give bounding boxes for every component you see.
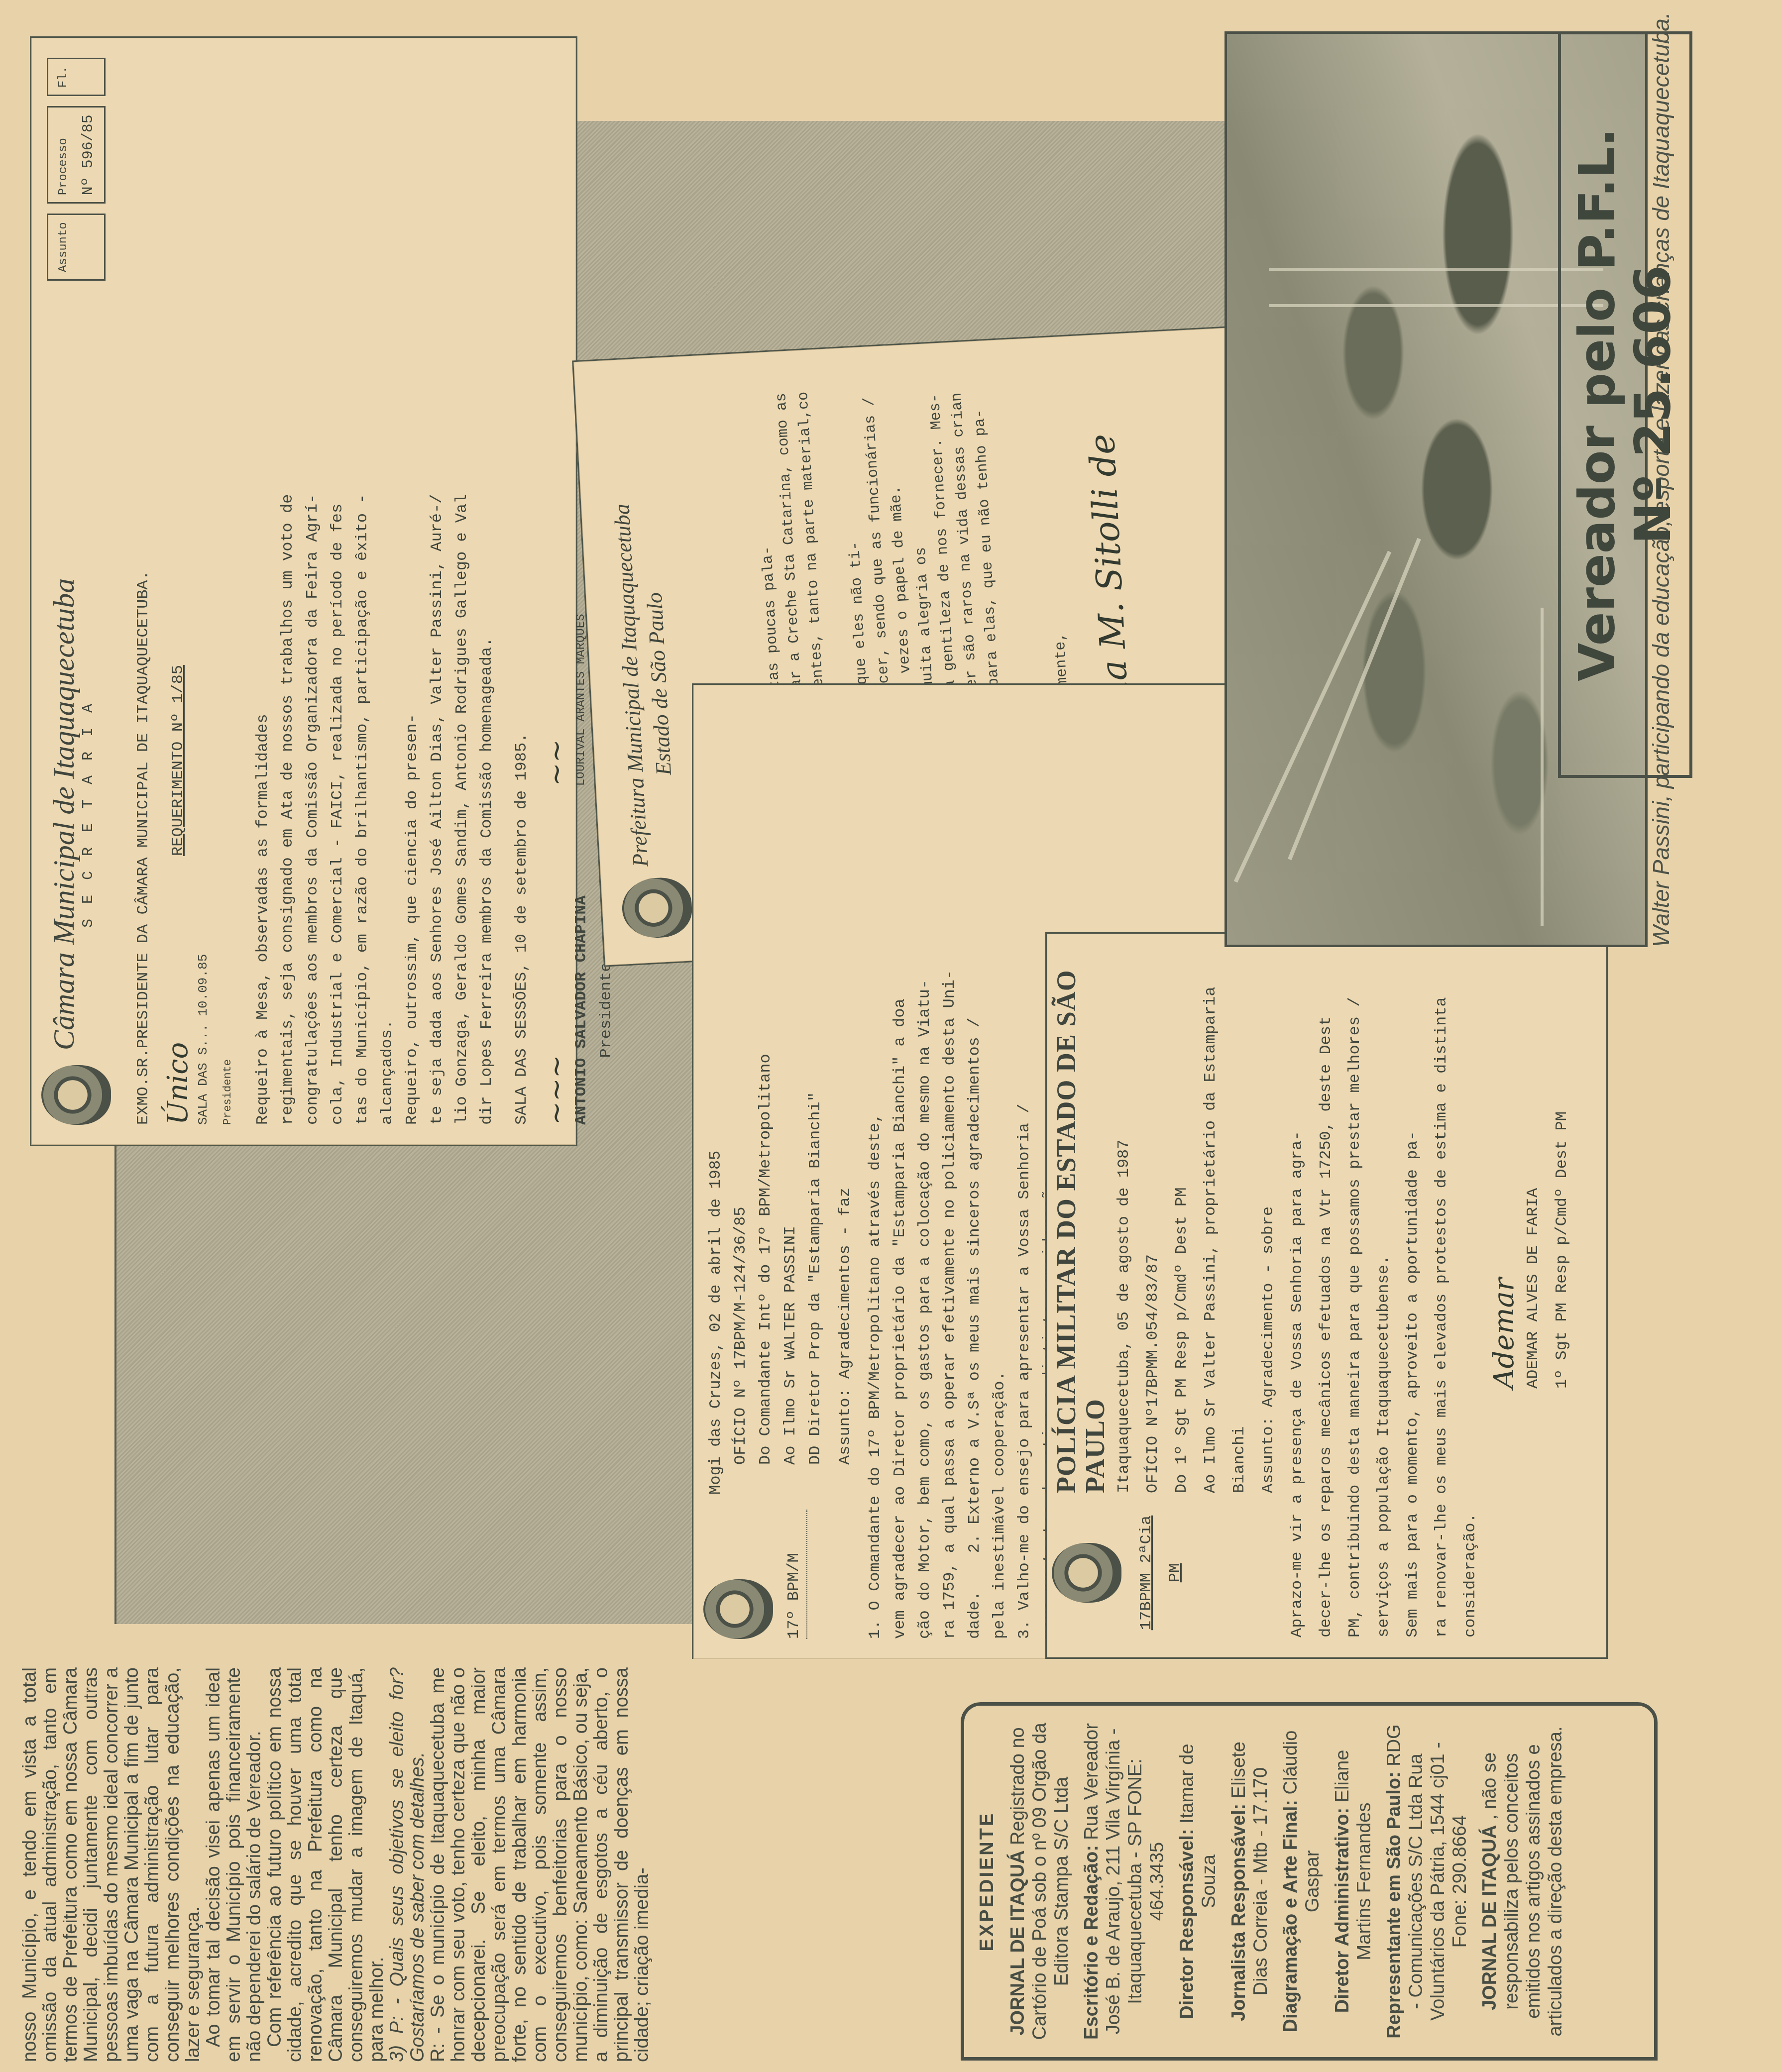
pm-body-line: ra renovar-lhe os meus mais elevados pro… [1427,954,1456,1637]
signature-pm-icon: Ademar [1490,954,1519,1389]
expediente-rotated: EXPEDIENTE JORNAL DE ITAQUÁ Registrado n… [961,1702,1658,2061]
letter-camara-municipal: Câmara Municipal de Itaquaquecetuba S E … [30,36,577,1146]
expediente-entry: Diagramação e Arte Final: Cláudio Gaspar [1280,1721,1324,2042]
interview-article-text: nosso Município, e tendo em vista a tota… [15,1657,946,2072]
camara-body-line: Requeiro, outrossim, que ciencia do pres… [400,58,425,1125]
pm-assunto: Assunto: Agradecimento - sobre [1254,954,1283,1493]
camara-body-line: cola, Industrial e Comercial - FAICI, re… [325,58,350,1125]
vereador-number: Nº 25.606 [1625,265,1681,545]
camara-body-line: tas do Município, em razão do brilhantis… [350,58,375,1125]
bpm-city-date: Mogi das Cruzes, 02 de abril de 1985 [703,705,728,1495]
pm-header: POLÍCIA MILITAR DO ESTADO DE SÃO PAULO [1052,954,1110,1493]
expediente-entry: Jornalista Responsável: Elisete Dias Cor… [1228,1721,1272,2042]
article-paragraph-2: Ao tomar tal decisão visei apenas um ide… [204,1667,265,2062]
expediente-label: Escritório e Redação: [1081,1840,1102,2040]
article-answer: R: - Se o município de Itaquaquecetuba m… [428,1667,653,2062]
vereador-line1: Vereador pelo P.F.L. [1569,128,1625,681]
expediente-entry: Representante em São Paulo: RDG - Comuni… [1383,1721,1471,2042]
pm-letter-body: Aprazo-me vir a presença de Vossa Senhor… [1283,954,1485,1637]
pm-city-date: Itaquaquecetuba, 05 de agosto de 1987 [1110,954,1138,1493]
expediente-title: EXPEDIENTE [976,1721,998,2042]
article-paragraph-3: Com referência ao futuro político em nos… [265,1667,387,2062]
pm-unit: 17BPMM 2ªCia PM [1132,1508,1190,1637]
camara-body-line: regimentais, seja consignado em Ata de n… [275,58,300,1125]
pm-from: Do 1º Sgt PM Resp p/Cmdº Dest PM [1167,954,1196,1493]
bpm-unit: 17º BPM/M [781,1510,807,1639]
stamp-role: Presidente [216,896,240,1125]
pm-body-line: Aprazo-me vir a presença de Vossa Senhor… [1283,954,1312,1637]
pm-body-line: PM, contribuindo desta maneira para que … [1340,954,1369,1637]
pm-emblem-icon [703,1579,773,1639]
expediente-entry: JORNAL DE ITAQUÁ , não se responsabiliza… [1479,1721,1566,2042]
camara-body-line: Requeiro à Mesa, observadas as formalida… [250,58,275,1125]
processo-value: Nº 596/85 [76,114,101,195]
camara-body-line: dir Lopes Ferreira membros da Comissão h… [474,58,499,1125]
pm-body-line: Sem mais para o momento, aproveito a opo… [1398,954,1427,1637]
expediente-blocks: JORNAL DE ITAQUÁ Registrado no Cartório … [1007,1721,1566,2042]
assunto-box: Assunto [47,214,106,281]
sp-pm-emblem-icon [1052,1543,1121,1603]
expediente-entry: Diretor Responsável: Itamar de Souza [1176,1721,1220,2042]
camara-signer: ANTONIO SALVADOR CHAPINA [569,895,594,1125]
pm-body-line: consideração. [1456,954,1485,1637]
expediente-label: Diagramação e Arte Final: [1280,1794,1301,2032]
signature-chapina-icon: ~~~ [544,895,569,1125]
expediente-entry: JORNAL DE ITAQUÁ Registrado no Cartório … [1007,1721,1073,2042]
requerimento-number: REQUERIMENTO Nº 1/85 [166,665,240,856]
fl-box: Fl. [47,58,106,96]
stamp-sala: SALA DAS S... 10.09.85 [191,896,216,1125]
pm-to: Ao Ilmo Sr Valter Passini, proprietário … [1196,954,1254,1493]
expediente-label: Jornalista Responsável: [1228,1798,1249,2021]
pm-oficio: OFÍCIO Nº17BPMM.054/83/87 [1138,954,1167,1493]
camara-body-line: congratulações aos membros da Comissão O… [300,58,325,1125]
camara-header: Câmara Municipal de Itaquaquecetuba [51,578,76,1050]
pm-body-line: decer-lhe os reparos mecânicos efetuados… [1312,954,1340,1637]
bpm-oficio: OFÍCIO Nº 17BPM/M-124/36/85 [728,705,753,1465]
expediente-box: EXPEDIENTE JORNAL DE ITAQUÁ Registrado n… [961,1702,1658,2061]
fl-label: Fl. [57,66,70,88]
prefeitura-coat-of-arms-icon [621,876,693,939]
article-rotated: nosso Município, e tendo em vista a tota… [15,1657,946,2072]
camara-addressee: EXMO.SR.PRESIDENTE DA CÂMARA MUNICIPAL D… [131,58,156,1125]
pm-signer: ADEMAR ALVES DE FARIA [1519,954,1548,1389]
letter-policia-militar-sheet: 17BPMM 2ªCia PM POLÍCIA MILITAR DO ESTAD… [1045,932,1608,1659]
processo-label: Processo [51,114,76,195]
assunto-label: Assunto [57,222,70,272]
camara-letter-body: Requeiro à Mesa, observadas as formalida… [250,58,499,1125]
expediente-label: Representante em São Paulo: [1384,1766,1405,2039]
signature-marques-icon: ~~ [544,614,569,786]
camara-body-line: te seja dada aos Senhores José Ailton Di… [425,58,449,1125]
processo-box: Processo Nº 596/85 [47,106,106,204]
expediente-entry: Escritório e Redação: Rua Vereador José … [1081,1721,1168,2042]
expediente-label: Diretor Responsável: [1177,1824,1198,2019]
expediente-entry: Diretor Administrativo: Eliane Martins F… [1332,1721,1375,2042]
expediente-label: JORNAL DE ITAQUÁ [1007,1845,1028,2036]
bpm-from: Do Comandante Intº do 17º BPM/Metropolit… [753,705,778,1465]
vereador-box: Vereador pelo P.F.L. Nº 25.606 [1558,31,1692,778]
pm-signer-role: 1º Sgt PM Resp p/Cmdº Dest PM [1548,954,1576,1389]
camara-body-line: lio Gonzaga, Geraldo Gomes Sandim, Anton… [449,58,474,1125]
expediente-label: JORNAL DE ITAQUÁ [1479,1820,1500,2010]
expediente-label: Diretor Administrativo: [1332,1802,1353,2013]
article-paragraph-1: nosso Município, e tendo em vista a tota… [20,1667,204,2062]
stamp-unico: Único [166,896,191,1125]
article-question: 3) P: - Quais seus objetivos se eleito f… [387,1667,428,2062]
camara-date: SALA DAS SESSÕES, 10 de setembro de 1985… [509,733,534,1125]
pm-body-line: serviços a população Itaquaquecetubense. [1369,954,1398,1637]
camara-coat-of-arms-icon [41,1065,111,1125]
camara-body-line: alcançados. [375,58,400,1125]
